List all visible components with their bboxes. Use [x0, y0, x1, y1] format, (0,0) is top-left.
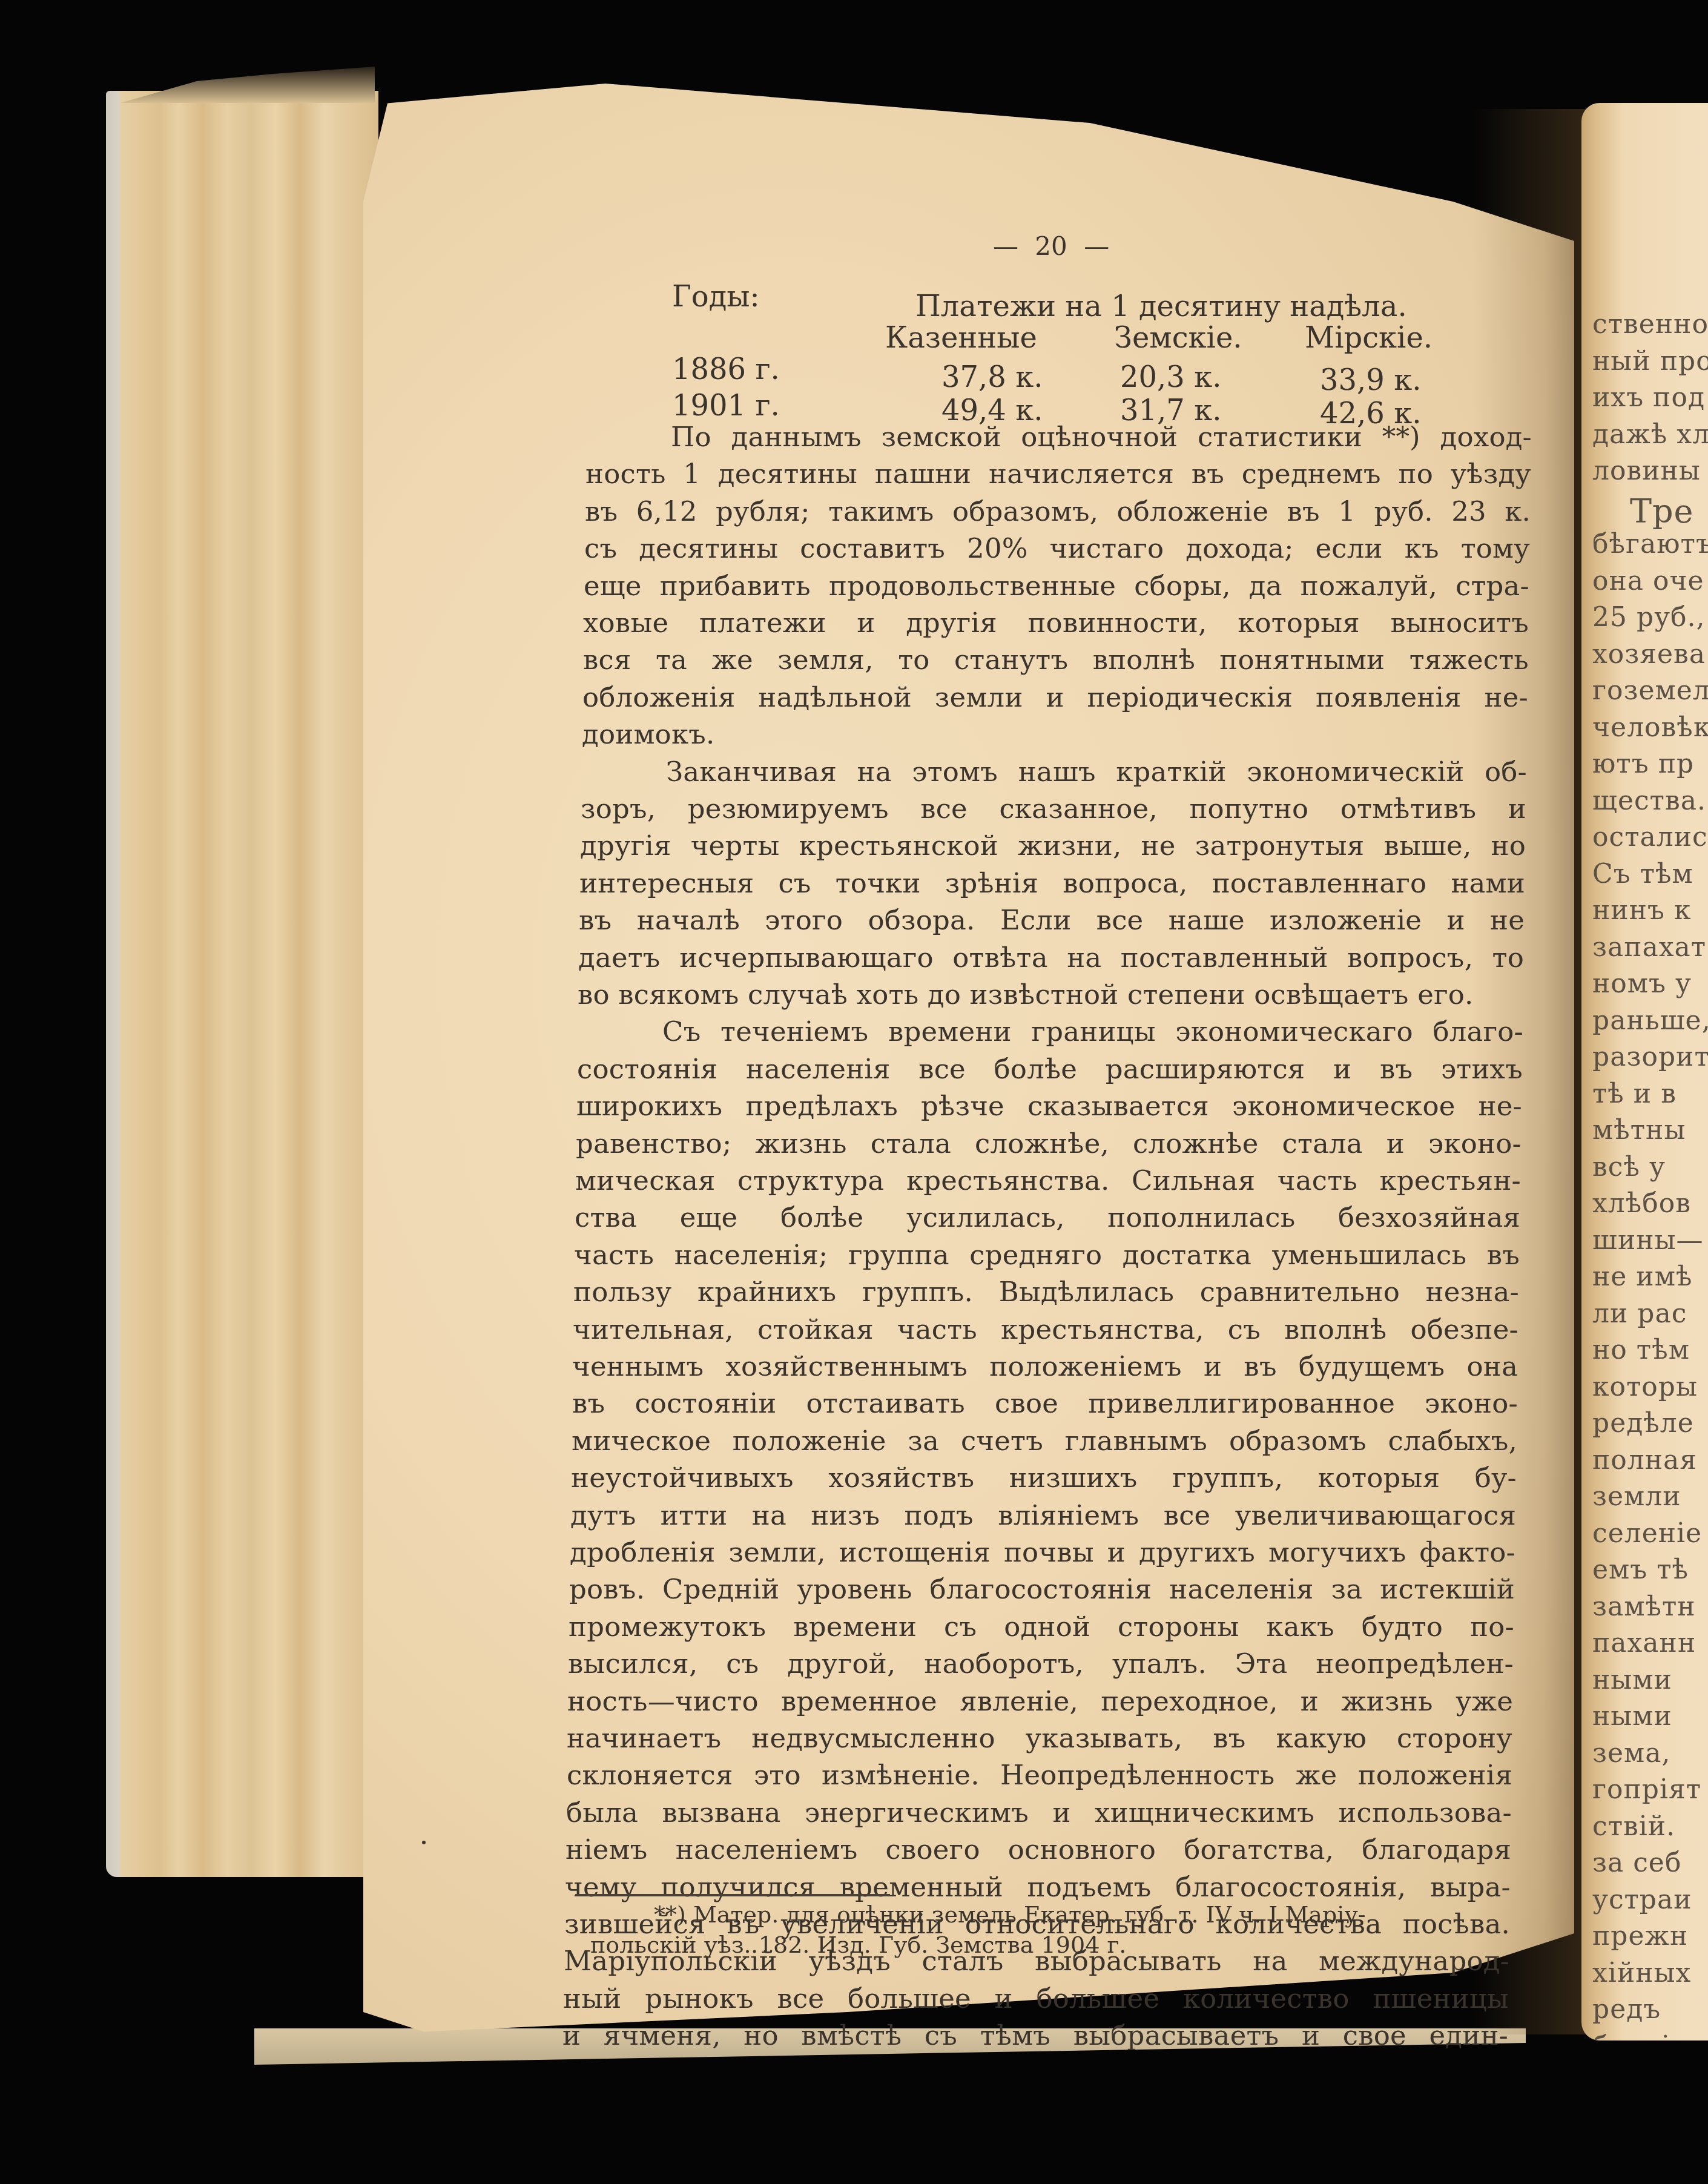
text-line: даетъ исчерпывающаго отвѣта на поставлен…: [578, 940, 1524, 976]
text-line: въ состоянiи отстаивать свое привеллигир…: [572, 1385, 1518, 1422]
page-number: — 20 —: [993, 231, 1109, 261]
text-line: во всякомъ случаѣ хоть до извѣстной степ…: [578, 977, 1523, 1013]
text-line: начинаетъ недвусмысленно указывать, въ к…: [567, 1720, 1512, 1757]
page-content: — 20 — Годы: Платежи на 1 десятину надѣл…: [0, 0, 1708, 2184]
text-line: вся та же земля, то станутъ вполнѣ понят…: [583, 642, 1529, 678]
text-line: мическая структура крестьянства. Сильная…: [575, 1163, 1521, 1199]
table-cell: 37,8 к.: [941, 360, 1043, 394]
footnote-line-1: **) Матер. для оцѣнки земель Екатер. губ…: [654, 1901, 1366, 1928]
text-line: интересныя съ точки зрѣнiя вопроса, пост…: [579, 865, 1525, 902]
table-row-year: 1886 г.: [672, 352, 780, 386]
text-line: пользу крайнихъ группъ. Выдѣлилась сравн…: [573, 1274, 1519, 1310]
text-line: Заканчивая на этомъ нашъ краткiй экономи…: [581, 754, 1527, 790]
text-line: зоръ, резюмируемъ все сказанное, попутно…: [581, 791, 1526, 827]
table-row-year: 1901 г.: [672, 389, 780, 423]
text-line: доимокъ.: [582, 716, 1528, 753]
text-line: въ 6,12 рубля; такимъ образомъ, обложенi…: [585, 493, 1531, 530]
text-line: дутъ итти на низъ подъ влiянiемъ все уве…: [570, 1497, 1516, 1534]
text-line: ства еще болѣе усилилась, пополнилась бе…: [575, 1199, 1520, 1236]
text-line: часть населенiя; группа средняго достатк…: [574, 1237, 1520, 1273]
text-line: съ десятины составитъ 20% чистаго дохода…: [584, 530, 1530, 567]
text-line: еще прибавить продовольственные сборы, д…: [584, 568, 1529, 604]
footnote-line-2: польскiй уѣз. 182. Изд. Губ. Земства 190…: [590, 1932, 1126, 1958]
text-line: промежутокъ времени съ одной стороны как…: [569, 1609, 1514, 1645]
text-line: другiя черты крестьянской жизни, не затр…: [580, 828, 1526, 864]
text-line: состоянiя населенiя все болѣе расширяютс…: [577, 1051, 1523, 1087]
text-line: мическое положенiе за счетъ главнымъ обр…: [572, 1423, 1517, 1459]
table-cell: 20,3 к.: [1120, 360, 1221, 394]
text-line: ховые платежи и другiя повинности, котор…: [583, 605, 1529, 641]
text-line: широкихъ предѣлахъ рѣзче сказывается эко…: [576, 1088, 1522, 1124]
text-line: ный рынокъ все большее и большее количес…: [563, 1981, 1509, 2017]
text-line: Съ теченiемъ времени границы экономическ…: [578, 1014, 1523, 1050]
column-header-mirskie: Мiрскiе.: [1305, 321, 1433, 355]
text-line: ченнымъ хозяйственнымъ положенiемъ и въ …: [572, 1348, 1518, 1385]
text-line: дробленiя земли, истощенiя почвы и други…: [570, 1534, 1515, 1571]
text-line: склоняется это измѣненiе. Неопредѣленнос…: [567, 1757, 1512, 1793]
column-header-zemskie: Земскiе.: [1114, 321, 1242, 355]
table-row-header: Годы:: [672, 280, 760, 314]
table-cell: 33,9 к.: [1320, 363, 1421, 397]
text-line: По даннымъ земской оцѣночной статистики …: [586, 419, 1532, 455]
column-header-kazennye: Казенные: [885, 321, 1037, 355]
text-line: ность—чисто временное явленiе, переходно…: [567, 1683, 1513, 1720]
text-line: была вызвана энергическимъ и хищническим…: [566, 1795, 1512, 1831]
text-line: равенство; жизнь стала сложнѣе, сложнѣе …: [576, 1126, 1522, 1162]
text-line: ровъ. Среднiй уровень благосостоянiя нас…: [569, 1571, 1515, 1608]
text-line: обложенiя надѣльной земли и перiодическi…: [582, 679, 1528, 716]
text-line: ность 1 десятины пашни начисляется въ ср…: [585, 456, 1531, 492]
text-line: чительная, стойкая часть крестьянства, с…: [573, 1311, 1518, 1348]
text-line: высился, съ другой, наоборотъ, упалъ. Эт…: [568, 1646, 1514, 1682]
text-line: неустойчивыхъ хозяйствъ низшихъ группъ, …: [571, 1460, 1517, 1496]
text-line: въ началѣ этого обзора. Если все наше из…: [579, 902, 1525, 939]
footnote-divider: [575, 1894, 890, 1896]
text-line: чему получился временный подъемъ благосо…: [565, 1869, 1511, 1905]
text-line: и ячменя, но вмѣстѣ съ тѣмъ выбрасываетъ…: [562, 2017, 1508, 2054]
paper-speck: [422, 1841, 426, 1844]
text-line: нiемъ населенiемъ своего основного богат…: [565, 1832, 1511, 1868]
table-title: Платежи на 1 десятину надѣла.: [915, 289, 1407, 323]
